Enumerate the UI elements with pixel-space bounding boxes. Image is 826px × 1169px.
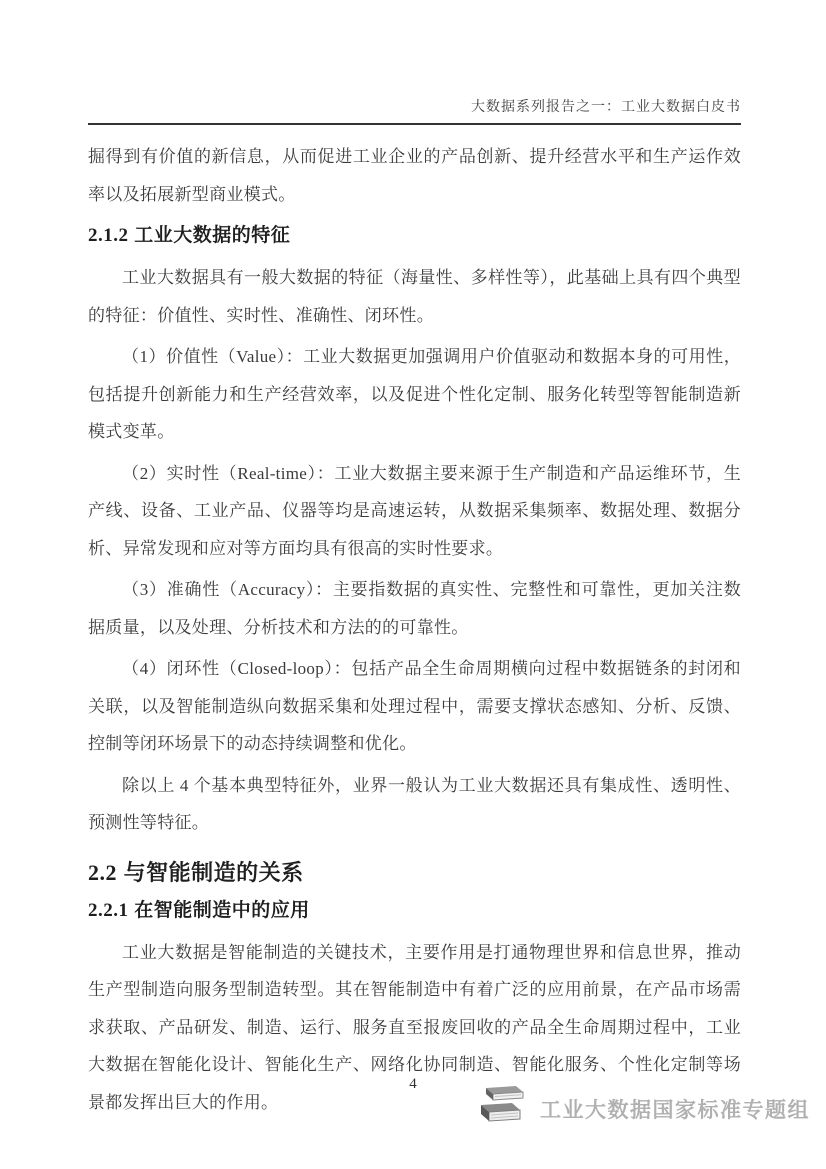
heading-2-2-1-number: 2.2.1 <box>88 900 129 921</box>
paragraph-features-intro: 工业大数据具有一般大数据的特征（海量性、多样性等），此基础上具有四个典型的特征：… <box>88 259 741 334</box>
paragraph-feature-realtime: （2）实时性（Real-time）：工业大数据主要来源于生产制造和产品运维环节，… <box>88 455 741 568</box>
heading-2-2-1: 2.2.1 在智能制造中的应用 <box>88 898 741 924</box>
heading-2-2: 2.2 与智能制造的关系 <box>88 858 741 888</box>
stacked-books-icon <box>477 1084 529 1133</box>
paragraph-other-features: 除以上 4 个基本典型特征外，业界一般认为工业大数据还具有集成性、透明性、预测性… <box>88 767 741 842</box>
page-header: 大数据系列报告之一：工业大数据白皮书 <box>88 96 741 125</box>
paragraph-feature-accuracy: （3）准确性（Accuracy）：主要指数据的真实性、完整性和可靠性，更加关注数… <box>88 571 741 646</box>
footer-logo-text: 工业大数据国家标准专题组 <box>540 1094 810 1124</box>
heading-2-1-2-number: 2.1.2 <box>88 225 129 246</box>
heading-2-1-2-text: 工业大数据的特征 <box>134 225 290 246</box>
page-content: 掘得到有价值的新信息，从而促进工业企业的产品创新、提升经营水平和生产运作效率以及… <box>88 138 741 1125</box>
header-title: 大数据系列报告之一：工业大数据白皮书 <box>471 100 741 115</box>
paragraph-continuation: 掘得到有价值的新信息，从而促进工业企业的产品创新、提升经营水平和生产运作效率以及… <box>88 138 741 213</box>
heading-2-2-number: 2.2 <box>88 860 117 885</box>
document-page: 大数据系列报告之一：工业大数据白皮书 掘得到有价值的新信息，从而促进工业企业的产… <box>0 0 826 1169</box>
footer-logo: 工业大数据国家标准专题组 <box>477 1084 810 1133</box>
heading-2-2-1-text: 在智能制造中的应用 <box>134 900 310 921</box>
paragraph-feature-closedloop: （4）闭环性（Closed-loop）：包括产品全生命周期横向过程中数据链条的封… <box>88 650 741 763</box>
heading-2-2-text: 与智能制造的关系 <box>124 860 304 885</box>
paragraph-feature-value: （1）价值性（Value）：工业大数据更加强调用户价值驱动和数据本身的可用性，包… <box>88 338 741 451</box>
heading-2-1-2: 2.1.2 工业大数据的特征 <box>88 223 741 249</box>
